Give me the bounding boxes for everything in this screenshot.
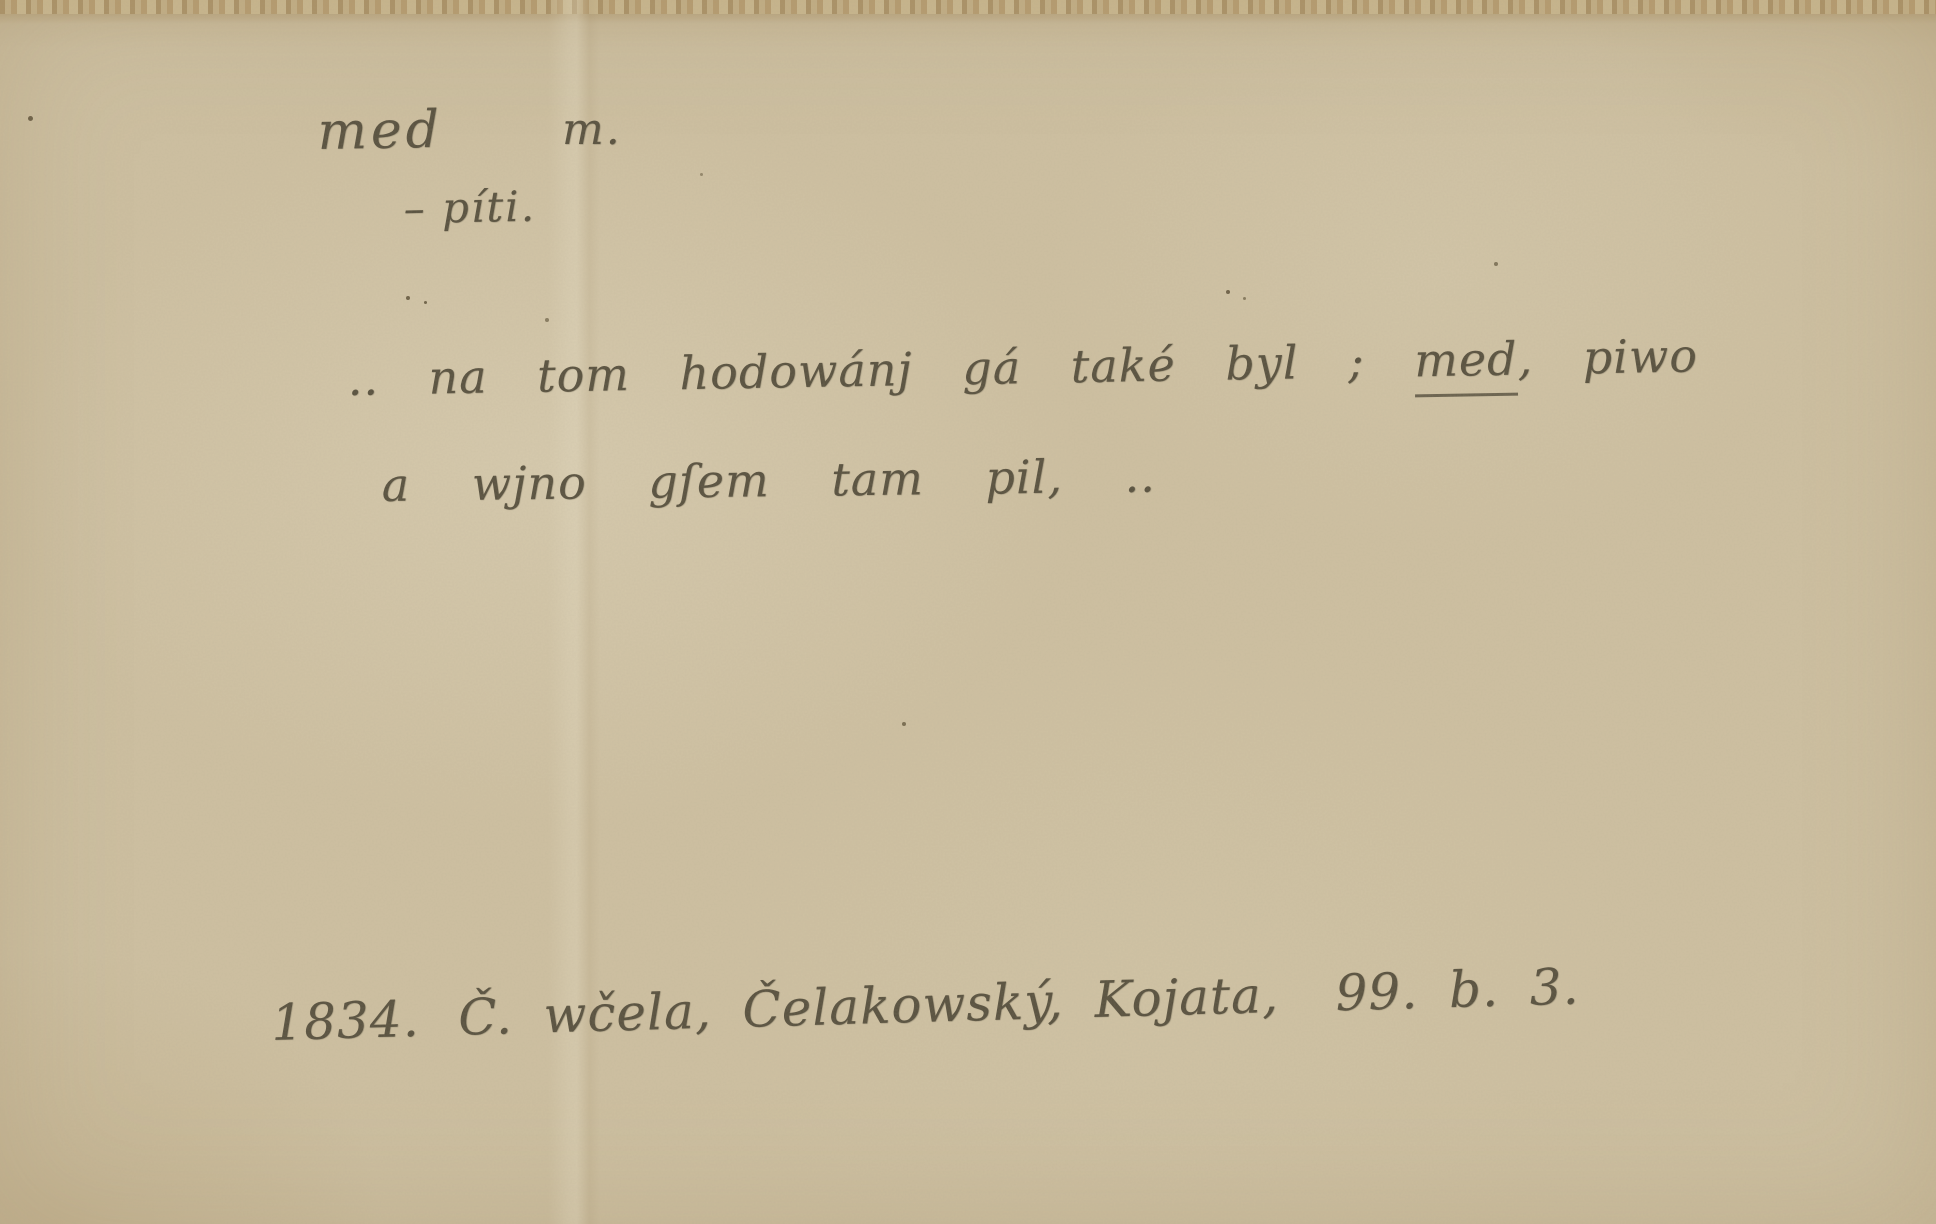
quotation-line-2: a wjno gſem tam pil, ..	[381, 453, 1156, 508]
citation-year: 1834.	[270, 990, 420, 1052]
citation-line: 1834. Č. wčela, Čelakowský, Kojata, 99. …	[271, 961, 1580, 1048]
ink-speck	[1226, 290, 1230, 294]
ink-speck	[406, 296, 410, 300]
gender-abbreviation: m.	[562, 108, 622, 152]
scan-edge-shadow	[0, 14, 1936, 24]
scan-edge-artifact	[0, 0, 1936, 14]
ink-speck	[28, 116, 33, 121]
sense-gloss: – píti.	[403, 186, 536, 230]
excerpt-card: med m. – píti. .. na tom hodowánj gá tak…	[0, 0, 1936, 1224]
citation-locus: 99. b. 3.	[1335, 957, 1580, 1022]
ink-speck	[424, 301, 427, 304]
quotation-text-after-highlight: , piwo	[1517, 328, 1698, 385]
ink-speck	[545, 318, 549, 322]
ink-speck	[1243, 297, 1246, 300]
ink-speck	[1494, 262, 1498, 266]
ink-speck	[700, 173, 703, 176]
ink-speck	[902, 722, 906, 726]
headword: med	[317, 104, 443, 158]
quotation-highlighted-word: med	[1414, 332, 1518, 398]
quotation-text-before-highlight: .. na tom hodowánj gá také byl ;	[347, 334, 1365, 406]
